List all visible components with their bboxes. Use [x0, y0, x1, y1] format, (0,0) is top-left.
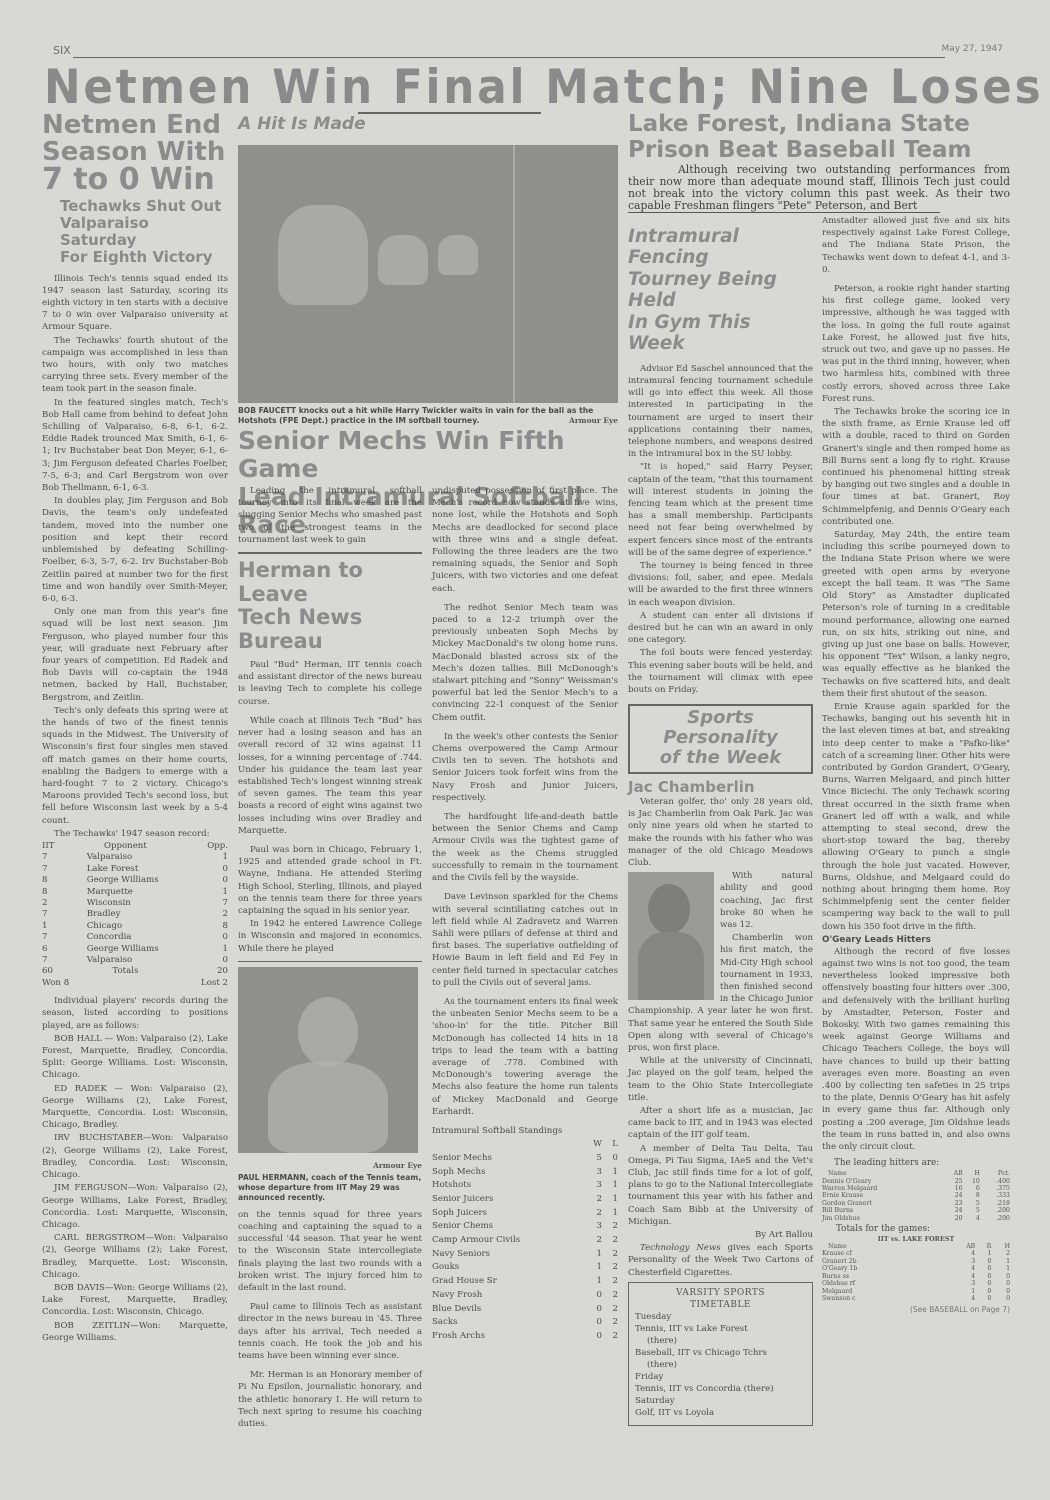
table-row: 7Bradley2: [42, 909, 228, 920]
wins-cell: 1: [580, 1275, 602, 1289]
table-header-row: Name AB R H: [822, 1243, 1010, 1250]
header-cell: Name: [822, 1170, 943, 1177]
table-row: Jim Oldshue204.200: [822, 1215, 1010, 1222]
losses-cell: 2: [602, 1330, 618, 1344]
paragraph: undisputed possession of first place. Th…: [432, 485, 618, 595]
folio-line: SIX May 27, 1947: [53, 44, 1003, 58]
paragraph: Paul was born in Chicago, February 1, 19…: [238, 844, 422, 917]
wins-cell: 0: [580, 1330, 602, 1344]
baseball-header: Lake Forest, Indiana State Prison Beat B…: [628, 112, 1010, 216]
baseball-story: Amstadter allowed just five and six hits…: [822, 215, 1010, 1314]
table-row: 6George Williams1: [42, 944, 228, 955]
losses-cell: 1: [602, 1179, 618, 1193]
baseball-lede: Although receiving two outstanding perfo…: [628, 164, 1010, 213]
subhead: O'Geary Leads Hitters: [822, 935, 1010, 945]
name-cell: Bill Burns: [822, 1207, 943, 1214]
paragraph: Leading the intramural softball tourney …: [238, 485, 422, 546]
timetable-entries: TuesdayTennis, IIT vs Lake Forest(there)…: [635, 1311, 806, 1419]
table-row: Senior Chems32: [432, 1220, 618, 1234]
losses-cell: 2: [602, 1234, 618, 1248]
headline-line: Senior Mechs Win Fifth Game: [238, 427, 618, 483]
stat-cell: .400: [980, 1178, 1010, 1185]
cell: 1: [192, 887, 228, 898]
cell: Concordia: [59, 932, 192, 943]
paragraph: Ernie Krause again sparkled for the Tech…: [822, 701, 1010, 933]
paragraph: The hardfought life-and-death battle bet…: [432, 811, 618, 884]
box-score-title: IIT vs. LAKE FOREST: [822, 1235, 1010, 1243]
losses-cell: 1: [602, 1207, 618, 1221]
stat-cell: 24: [943, 1207, 963, 1214]
losses-cell: 2: [602, 1316, 618, 1330]
table-row: Sacks02: [432, 1316, 618, 1330]
team-cell: Senior Chems: [432, 1220, 580, 1234]
table-row: Ernie Krause248.333: [822, 1192, 1010, 1199]
box-score-table: Name AB R H Krause cf412Granert 2b301O'G…: [822, 1243, 1010, 1302]
continued-link[interactable]: (See BASEBALL on Page 7): [822, 1305, 1010, 1314]
timetable-entry: Tuesday: [635, 1311, 806, 1323]
softball-photo: [238, 145, 618, 403]
losses-cell: 2: [602, 1220, 618, 1234]
softball-lead-and-herman: Leading the intramural softball tourney …: [238, 485, 422, 1431]
player-record: CARL BERGSTROM—Won: Valparaiso (2), Geor…: [42, 1232, 228, 1281]
personality-photo-wrap: With natural ability and good coaching, …: [628, 870, 813, 1054]
paragraph: Advisor Ed Saschel announced that the in…: [628, 363, 813, 461]
cell: Chicago: [59, 921, 192, 932]
headline-line: In Gym This Week: [628, 312, 813, 355]
header-cell: AB: [943, 1170, 963, 1177]
player-record: BOB DAVIS—Won: George Williams (2), Lake…: [42, 1282, 228, 1319]
table-row: Blue Devils02: [432, 1303, 618, 1317]
stat-cell: 3: [944, 1258, 975, 1265]
header-cell: H: [963, 1170, 980, 1177]
name-cell: Jim Oldshue: [822, 1215, 943, 1222]
paragraph: A member of Delta Tau Delta, Tau Omega, …: [628, 1143, 813, 1228]
won-cell: Won 8: [42, 978, 192, 989]
lost-cell: Lost 2: [192, 978, 228, 989]
subhead-line: Techawks Shut Out: [60, 198, 228, 215]
name-cell: Granert 2b: [822, 1258, 944, 1265]
paragraph: The Techawks' 1947 season record:: [42, 828, 228, 840]
paragraph: Tech's only defeats this spring were at …: [42, 705, 228, 827]
timetable-title: TIMETABLE: [635, 1299, 806, 1311]
team-cell: Camp Armour Civils: [432, 1234, 580, 1248]
divider: [238, 552, 422, 554]
stat-cell: 1: [991, 1258, 1010, 1265]
wins-cell: 2: [580, 1207, 602, 1221]
cell: 20: [192, 966, 228, 977]
stat-cell: 2: [991, 1250, 1010, 1257]
paragraph: Paul "Bud" Herman, IIT tennis coach and …: [238, 659, 422, 708]
stat-cell: 20: [943, 1215, 963, 1222]
name-cell: O'Geary 1b: [822, 1265, 944, 1272]
cell: 8: [192, 921, 228, 932]
stat-cell: 4: [944, 1250, 975, 1257]
name-cell: Krause cf: [822, 1250, 944, 1257]
paragraph: After a short life as a musician, Jac ca…: [628, 1105, 813, 1142]
wins-cell: 0: [580, 1316, 602, 1330]
table-row: 1Chicago8: [42, 921, 228, 932]
paragraph: A student can enter all divisions if des…: [628, 610, 813, 647]
stat-cell: 0: [975, 1280, 991, 1287]
stat-cell: 5: [963, 1200, 980, 1207]
paragraph: Dave Levinson sparkled for the Chems wit…: [432, 891, 618, 989]
wins-cell: 2: [580, 1193, 602, 1207]
stat-cell: 0: [991, 1295, 1010, 1302]
header-cell: [432, 1138, 580, 1152]
headline-line: Tourney Being Held: [628, 269, 813, 312]
stat-cell: 0: [975, 1288, 991, 1295]
table-row: Oldshue rf300: [822, 1280, 1010, 1287]
cell: 0: [192, 864, 228, 875]
table-row: Bill Burns245.200: [822, 1207, 1010, 1214]
wins-cell: 2: [580, 1234, 602, 1248]
table-row: Melgaard100: [822, 1288, 1010, 1295]
table-row: Grad House Sr12: [432, 1275, 618, 1289]
paragraph: Although the record of five losses again…: [822, 946, 1010, 1153]
box-title-line: of the Week: [636, 748, 805, 768]
stat-cell: .200: [980, 1215, 1010, 1222]
player-record: JIM FERGUSON—Won: Valparaiso (2), George…: [42, 1182, 228, 1231]
table-row: Soph Mechs31: [432, 1166, 618, 1180]
wins-cell: 0: [580, 1303, 602, 1317]
stat-cell: .200: [980, 1207, 1010, 1214]
personality-photo: [628, 872, 714, 1000]
issue-date: May 27, 1947: [941, 44, 1003, 54]
cell: 1: [192, 852, 228, 863]
wins-cell: 1: [580, 1261, 602, 1275]
stat-cell: 0: [975, 1295, 991, 1302]
table-row: 7Valparaiso0: [42, 955, 228, 966]
herman-photo: [238, 967, 418, 1153]
team-cell: Grad House Sr: [432, 1275, 580, 1289]
stat-cell: 0: [991, 1280, 1010, 1287]
cell: 7: [42, 932, 59, 943]
standings-table: W L Senior Mechs50Soph Mechs31Hotshots31…: [432, 1138, 618, 1344]
stat-cell: 1: [944, 1288, 975, 1295]
team-cell: Navy Frosh: [432, 1289, 580, 1303]
paragraph: on the tennis squad for three years coac…: [238, 1209, 422, 1294]
table-row: Granert 2b301: [822, 1258, 1010, 1265]
header-cell: R: [975, 1243, 991, 1250]
header-cell: H: [991, 1243, 1010, 1250]
varsity-timetable-box: VARSITY SPORTS TIMETABLE TuesdayTennis, …: [628, 1282, 813, 1426]
name-cell: Swanson c: [822, 1295, 944, 1302]
cell: Valparaiso: [59, 955, 192, 966]
stat-cell: 24: [943, 1192, 963, 1199]
photo-caption: PAUL HERMANN, coach of the Tennis team, …: [238, 1173, 422, 1203]
losses-cell: 2: [602, 1303, 618, 1317]
name-cell: Oldshue rf: [822, 1280, 944, 1287]
name-cell: Burns ss: [822, 1273, 944, 1280]
table-row: 2Wisconsin7: [42, 898, 228, 909]
headline-line: Lake Forest, Indiana State: [628, 112, 1010, 138]
table-row: Burns ss400: [822, 1273, 1010, 1280]
fencing-story: Intramural Fencing Tourney Being Held In…: [628, 226, 813, 1426]
team-cell: Senior Mechs: [432, 1152, 580, 1166]
stat-cell: 0: [975, 1273, 991, 1280]
cell: 7: [42, 864, 59, 875]
timetable-entry: Golf, IIT vs Loyola: [635, 1407, 806, 1419]
stat-cell: 3: [944, 1280, 975, 1287]
team-cell: Sacks: [432, 1316, 580, 1330]
header-cell: AB: [944, 1243, 975, 1250]
stat-cell: 23: [943, 1200, 963, 1207]
stat-cell: 4: [963, 1215, 980, 1222]
paragraph: Veteran golfer, tho' only 28 years old, …: [628, 796, 813, 869]
cell: 60: [42, 966, 59, 977]
cell: Wisconsin: [59, 898, 192, 909]
standings-title: Intramural Softball Standings: [432, 1125, 618, 1137]
team-cell: Navy Seniors: [432, 1248, 580, 1262]
photo-credit: Armour Eye: [238, 1161, 422, 1170]
photo-feature: A Hit Is Made BOB FAUCETT knocks out a h…: [238, 112, 618, 539]
wins-cell: 3: [580, 1220, 602, 1234]
cell: Valparaiso: [59, 852, 192, 863]
timetable-entry: Tennis, IIT vs Concordia (there): [635, 1383, 806, 1395]
paragraph: As the tournament enters its final week …: [432, 996, 618, 1118]
cell: Totals: [59, 966, 192, 977]
divider: [358, 112, 541, 114]
season-record-table: IIT Opponent Opp. 7Valparaiso17Lake Fore…: [42, 841, 228, 989]
paragraph: The Techawks' fourth shutout of the camp…: [42, 335, 228, 396]
timetable-entry: (there): [635, 1359, 806, 1371]
prize-note: Technology News gives each Sports Person…: [628, 1242, 813, 1279]
cell: George Williams: [59, 944, 192, 955]
name-cell: Ernie Krause: [822, 1192, 943, 1199]
paragraph: While coach at Illinois Tech "Bud" has n…: [238, 715, 422, 837]
cell: 7: [192, 898, 228, 909]
byline: By Art Ballou: [628, 1229, 813, 1241]
cell: 8: [42, 887, 59, 898]
cell: 7: [42, 955, 59, 966]
paragraph: The foil bouts were fenced yesterday. Th…: [628, 647, 813, 696]
totals-title: Totals for the games:: [836, 1223, 1010, 1235]
header-cell: Pct.: [980, 1170, 1010, 1177]
stat-cell: 6: [963, 1185, 980, 1192]
cell: 6: [42, 944, 59, 955]
losses-cell: 2: [602, 1275, 618, 1289]
paragraph: Only one man from this year's fine squad…: [42, 606, 228, 704]
headline-line: 7 to 0 Win: [42, 165, 228, 196]
cell: Bradley: [59, 909, 192, 920]
stat-cell: 1: [991, 1265, 1010, 1272]
stat-cell: 0: [975, 1265, 991, 1272]
headline-line: Tech News Bureau: [238, 606, 422, 653]
cell: Lake Forest: [59, 864, 192, 875]
cell: 7: [42, 909, 59, 920]
team-cell: Gouks: [432, 1261, 580, 1275]
timetable-entry: Tennis, IIT vs Lake Forest: [635, 1323, 806, 1335]
name-cell: Melgaard: [822, 1288, 944, 1295]
softball-story: undisputed possession of first place. Th…: [432, 485, 618, 1344]
cell: 1: [192, 944, 228, 955]
leaders-title: The leading hitters are:: [834, 1157, 1010, 1169]
team-cell: Senior Juicers: [432, 1193, 580, 1207]
header-cell: IIT: [42, 841, 59, 852]
table-header-row: W L: [432, 1138, 618, 1152]
losses-cell: 0: [602, 1152, 618, 1166]
table-row: Navy Frosh02: [432, 1289, 618, 1303]
stat-cell: 8: [963, 1192, 980, 1199]
timetable-entry: Friday: [635, 1371, 806, 1383]
wins-cell: 5: [580, 1152, 602, 1166]
table-row: Senior Mechs50: [432, 1152, 618, 1166]
table-row: Soph Juicers21: [432, 1207, 618, 1221]
name-cell: Gordon Granert: [822, 1200, 943, 1207]
stat-cell: 25: [943, 1178, 963, 1185]
headline-line: Prison Beat Baseball Team: [628, 138, 1010, 164]
fencing-headline: Intramural Fencing Tourney Being Held In…: [628, 226, 813, 355]
paragraph: The redhot Senior Mech team was paced to…: [432, 602, 618, 724]
timetable-entry: Baseball, IIT vs Chicago Tchrs: [635, 1347, 806, 1359]
header-cell: L: [602, 1138, 618, 1152]
banner-headline: Netmen Win Final Match; Nine Loses: [44, 60, 928, 115]
cell: 0: [192, 932, 228, 943]
player-record: BOB HALL — Won: Valparaiso (2), Lake For…: [42, 1033, 228, 1082]
stat-cell: 4: [944, 1265, 975, 1272]
table-row: Swanson c400: [822, 1295, 1010, 1302]
table-row: Senior Juicers21: [432, 1193, 618, 1207]
paragraph: Saturday, May 24th, the entire team incl…: [822, 529, 1010, 700]
table-row: Navy Seniors12: [432, 1248, 618, 1262]
wins-cell: 3: [580, 1166, 602, 1180]
player-record: BOB ZEITLIN—Won: Marquette, George Willi…: [42, 1320, 228, 1344]
headline-line: Herman to Leave: [238, 559, 422, 606]
team-cell: Blue Devils: [432, 1303, 580, 1317]
paragraph: In 1942 he entered Lawrence College in W…: [238, 918, 422, 955]
stat-cell: 0: [975, 1258, 991, 1265]
losses-cell: 1: [602, 1193, 618, 1207]
timetable-title: VARSITY SPORTS: [635, 1287, 806, 1299]
baseball-headline: Lake Forest, Indiana State Prison Beat B…: [628, 112, 1010, 164]
stat-cell: .218: [980, 1200, 1010, 1207]
stat-cell: 0: [991, 1273, 1010, 1280]
totals-row: 60 Totals 20: [42, 966, 228, 977]
wins-cell: 3: [580, 1179, 602, 1193]
table-row: Hotshots31: [432, 1179, 618, 1193]
header-cell: Opponent: [59, 841, 192, 852]
paragraph: Individual players' records during the s…: [42, 995, 228, 1032]
player-record: ED RADEK — Won: Valparaiso (2), George W…: [42, 1083, 228, 1132]
cell: 0: [192, 955, 228, 966]
divider: [628, 212, 940, 213]
table-row: 8George Williams0: [42, 875, 228, 886]
stat-cell: 10: [963, 1178, 980, 1185]
headline-line: Intramural Fencing: [628, 226, 813, 269]
folio-rule: [73, 57, 945, 58]
stat-cell: 4: [944, 1295, 975, 1302]
stat-cell: 5: [963, 1207, 980, 1214]
cell: 1: [42, 921, 59, 932]
cell: 8: [42, 875, 59, 886]
sports-personality-box: Sports Personality of the Week: [628, 704, 813, 773]
subhead-line: For Eighth Victory: [60, 249, 228, 266]
header-cell: W: [580, 1138, 602, 1152]
header-cell: Name: [822, 1243, 944, 1250]
table-row: O'Geary 1b401: [822, 1265, 1010, 1272]
cell: 0: [192, 875, 228, 886]
table-row: Gouks12: [432, 1261, 618, 1275]
page-number: SIX: [53, 44, 71, 57]
personality-name: Jac Chamberlin: [628, 780, 813, 795]
paragraph: In doubles play, Jim Ferguson and Bob Da…: [42, 495, 228, 605]
table-row: Camp Armour Civils22: [432, 1234, 618, 1248]
publication-name: Technology News: [640, 1243, 721, 1253]
tennis-story: Netmen End Season With 7 to 0 Win Techaw…: [42, 112, 228, 1345]
paragraph: While at the university of Cincinnati, J…: [628, 1055, 813, 1104]
leading-hitters-table: Name AB H Pct. Dennis O'Geary2510.400War…: [822, 1170, 1010, 1222]
paragraph: In the featured singles match, Tech's Bo…: [42, 397, 228, 495]
table-row: Dennis O'Geary2510.400: [822, 1178, 1010, 1185]
team-cell: Soph Mechs: [432, 1166, 580, 1180]
paragraph: "It is hoped," said Harry Peyser, captai…: [628, 461, 813, 559]
tennis-subhead: Techawks Shut Out Valparaiso Saturday Fo…: [42, 198, 228, 267]
stat-cell: .333: [980, 1192, 1010, 1199]
paragraph: The tourney is being fenced in three div…: [628, 560, 813, 609]
stat-cell: 4: [944, 1273, 975, 1280]
losses-cell: 2: [602, 1248, 618, 1262]
cell: 7: [42, 852, 59, 863]
table-row: Gordon Granert235.218: [822, 1200, 1010, 1207]
wins-cell: 0: [580, 1289, 602, 1303]
paragraph: The Techawks broke the scoring ice in th…: [822, 406, 1010, 528]
paragraph: Amstadter allowed just five and six hits…: [822, 215, 1010, 276]
divider: [238, 961, 422, 962]
team-cell: Soph Juicers: [432, 1207, 580, 1221]
box-title-line: Sports Personality: [636, 708, 805, 748]
player-records: BOB HALL — Won: Valparaiso (2), Lake For…: [42, 1033, 228, 1344]
cell: 2: [192, 909, 228, 920]
table-row: 7Valparaiso1: [42, 852, 228, 863]
newspaper-page: SIX May 27, 1947 Netmen Win Final Match;…: [0, 0, 1050, 1500]
header-cell: Opp.: [192, 841, 228, 852]
headline-line: Netmen End: [42, 112, 228, 139]
table-row: 7Concordia0: [42, 932, 228, 943]
won-lost-row: Won 8 Lost 2: [42, 978, 228, 989]
paragraph: In the week's other contests the Senior …: [432, 731, 618, 804]
stat-cell: 1: [975, 1250, 991, 1257]
table-row: Frosh Archs02: [432, 1330, 618, 1344]
table-row: Warren Melgaard166.375: [822, 1185, 1010, 1192]
paragraph: Peterson, a rookie right hander starting…: [822, 283, 1010, 405]
name-cell: Warren Melgaard: [822, 1185, 943, 1192]
losses-cell: 1: [602, 1166, 618, 1180]
name-cell: Dennis O'Geary: [822, 1178, 943, 1185]
stat-cell: 0: [991, 1288, 1010, 1295]
subhead-line: Valparaiso Saturday: [60, 215, 228, 250]
table-row: Krause cf412: [822, 1250, 1010, 1257]
tennis-headline: Netmen End Season With 7 to 0 Win: [42, 112, 228, 196]
losses-cell: 2: [602, 1289, 618, 1303]
table-header-row: IIT Opponent Opp.: [42, 841, 228, 852]
cell: 2: [42, 898, 59, 909]
paragraph: Illinois Tech's tennis squad ended its 1…: [42, 273, 228, 334]
photo-title: A Hit Is Made: [238, 116, 618, 133]
stat-cell: 16: [943, 1185, 963, 1192]
table-row: 8Marquette1: [42, 887, 228, 898]
paragraph: Mr. Herman is an Honorary member of Pi N…: [238, 1369, 422, 1430]
team-cell: Hotshots: [432, 1179, 580, 1193]
losses-cell: 2: [602, 1261, 618, 1275]
cell: Marquette: [59, 887, 192, 898]
timetable-entry: Saturday: [635, 1395, 806, 1407]
wins-cell: 1: [580, 1248, 602, 1262]
paragraph: Paul came to Illinois Tech as assistant …: [238, 1301, 422, 1362]
herman-headline: Herman to Leave Tech News Bureau: [238, 559, 422, 653]
stat-cell: .375: [980, 1185, 1010, 1192]
player-record: IRV BUCHSTABER—Won: Valparaiso (2), Geor…: [42, 1132, 228, 1181]
table-row: 7Lake Forest0: [42, 864, 228, 875]
